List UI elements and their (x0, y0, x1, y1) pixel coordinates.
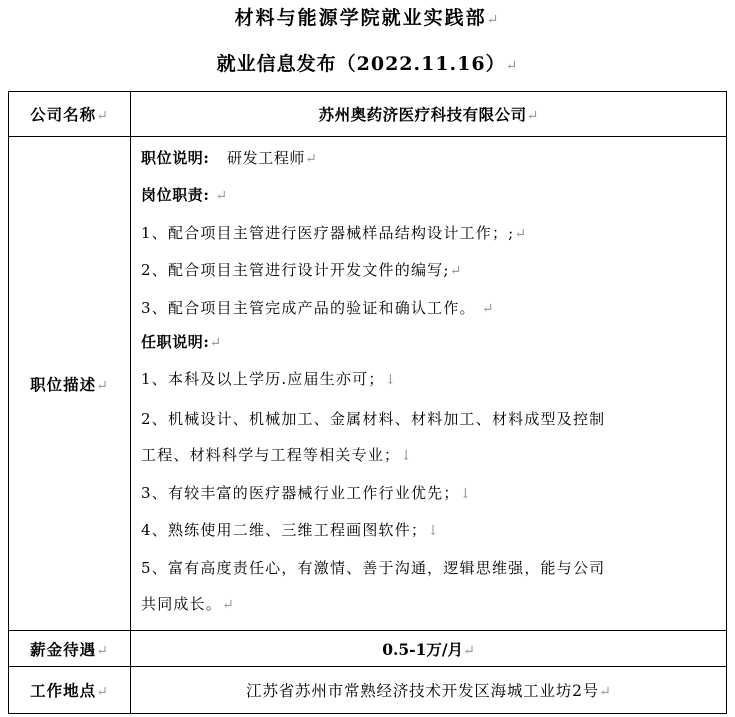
paragraph-mark-icon: ↵ (210, 335, 222, 351)
company-value-cell: 苏州奥药济医疗科技有限公司↵ (131, 92, 727, 137)
paragraph-mark-icon: ↵ (305, 151, 317, 167)
duty-item-text: 2、配合项目主管进行设计开发文件的编写; (141, 261, 450, 279)
location-row: 工作地点↵ 江苏省苏州市常熟经济技术开发区海城工业坊2号↵ (9, 667, 727, 714)
requirement-item-text: 5、富有高度责任心，有激情、善于沟通，逻辑思维强，能与公司 (141, 559, 605, 577)
document-title-text: 材料与能源学院就业实践部 (235, 7, 487, 29)
duty-item-text: 3、配合项目主管完成产品的验证和确认工作。 (141, 299, 476, 317)
requirement-item-continued: 工程、材料科学与工程等相关专业；↓ (141, 437, 720, 474)
document-title: 材料与能源学院就业实践部↵ (0, 3, 735, 30)
paragraph-mark-icon: ↵ (527, 108, 539, 124)
requirement-item: 4、熟练使用二维、三维工程画图软件；↓ (141, 512, 720, 549)
position-line: 职位说明: 研发工程师↵ (141, 140, 720, 177)
description-label-cell: 职位描述↵ (9, 137, 131, 631)
requirement-item-text: 工程、材料科学与工程等相关专业； (141, 446, 400, 464)
duty-item-text: 1、配合项目主管进行医疗器械样品结构设计工作；; (141, 224, 514, 242)
salary-value-cell: 0.5-1万/月↵ (131, 631, 727, 667)
paragraph-mark-icon: ↵ (487, 12, 501, 28)
paragraph-mark-icon: ↵ (222, 597, 235, 613)
salary-row: 薪金待遇↵ 0.5-1万/月↵ (9, 631, 727, 667)
paragraph-mark-icon: ↵ (514, 226, 527, 242)
requirements-heading-text: 任职说明: (141, 333, 210, 351)
requirement-item-text: 2、机械设计、机械加工、金属材料、材料加工、材料成型及控制 (141, 410, 605, 428)
requirements-heading: 任职说明:↵ (141, 327, 720, 358)
line-break-icon: ↓ (385, 372, 398, 388)
requirement-item: 2、机械设计、机械加工、金属材料、材料加工、材料成型及控制 (141, 401, 720, 437)
requirement-item-text: 共同成长。 (141, 595, 222, 613)
paragraph-mark-icon: ↵ (482, 301, 495, 317)
company-label-cell: 公司名称↵ (9, 92, 131, 137)
salary-label-cell: 薪金待遇↵ (9, 631, 131, 667)
requirement-item-text: 4、熟练使用二维、三维工程画图软件； (141, 521, 427, 539)
document-subtitle: 就业信息发布（2022.11.16）↵ (0, 49, 735, 76)
description-label: 职位描述 (30, 375, 96, 394)
paragraph-mark-icon: ↵ (463, 643, 475, 659)
paragraph-mark-icon: ↵ (599, 684, 611, 700)
position-label: 职位说明: (141, 149, 210, 167)
paragraph-mark-icon: ↵ (96, 643, 109, 659)
requirement-item: 1、本科及以上学历.应届生亦可；↓ (141, 358, 720, 401)
location-label: 工作地点 (30, 681, 96, 700)
requirement-item-continued: 共同成长。↵ (141, 586, 720, 623)
duty-item: 3、配合项目主管完成产品的验证和确认工作。 ↵ (141, 290, 720, 327)
salary-value: 0.5-1万/月 (382, 640, 463, 659)
location-value-cell: 江苏省苏州市常熟经济技术开发区海城工业坊2号↵ (131, 667, 727, 714)
description-row: 职位描述↵ 职位说明: 研发工程师↵ 岗位职责: ↵ 1、配合项目主管进行医疗器… (9, 137, 727, 631)
paragraph-mark-icon: ↵ (215, 188, 227, 204)
requirement-item-text: 1、本科及以上学历.应届生亦可； (141, 370, 385, 388)
duty-item: 2、配合项目主管进行设计开发文件的编写;↵ (141, 252, 720, 289)
line-break-icon: ↓ (427, 523, 440, 539)
job-info-table: 公司名称↵ 苏州奥药济医疗科技有限公司↵ 职位描述↵ 职位说明: 研发工程师↵ … (8, 91, 727, 714)
paragraph-mark-icon: ↵ (506, 58, 519, 74)
paragraph-mark-icon: ↵ (96, 684, 109, 700)
location-value: 江苏省苏州市常熟经济技术开发区海城工业坊2号 (246, 682, 599, 700)
company-name: 苏州奥药济医疗科技有限公司 (319, 105, 527, 124)
requirement-item: 3、有较丰富的医疗器械行业工作行业优先；↓ (141, 475, 720, 512)
document-subtitle-text: 就业信息发布（2022.11.16） (217, 53, 506, 75)
company-row: 公司名称↵ 苏州奥药济医疗科技有限公司↵ (9, 92, 727, 137)
company-label: 公司名称 (30, 105, 96, 124)
description-content-cell: 职位说明: 研发工程师↵ 岗位职责: ↵ 1、配合项目主管进行医疗器械样品结构设… (131, 137, 727, 631)
paragraph-mark-icon: ↵ (450, 263, 463, 279)
paragraph-mark-icon: ↵ (96, 108, 109, 124)
line-break-icon: ↓ (460, 486, 473, 502)
duties-heading: 岗位职责: ↵ (141, 177, 720, 214)
salary-label: 薪金待遇 (30, 640, 96, 659)
duties-heading-text: 岗位职责: (141, 186, 210, 204)
line-break-icon: ↓ (400, 448, 413, 464)
requirement-item-text: 3、有较丰富的医疗器械行业工作行业优先； (141, 484, 460, 502)
requirement-item: 5、富有高度责任心，有激情、善于沟通，逻辑思维强，能与公司 (141, 550, 720, 586)
paragraph-mark-icon: ↵ (96, 378, 109, 394)
duty-item: 1、配合项目主管进行医疗器械样品结构设计工作；;↵ (141, 215, 720, 252)
position-value: 研发工程师 (227, 149, 305, 167)
location-label-cell: 工作地点↵ (9, 667, 131, 714)
